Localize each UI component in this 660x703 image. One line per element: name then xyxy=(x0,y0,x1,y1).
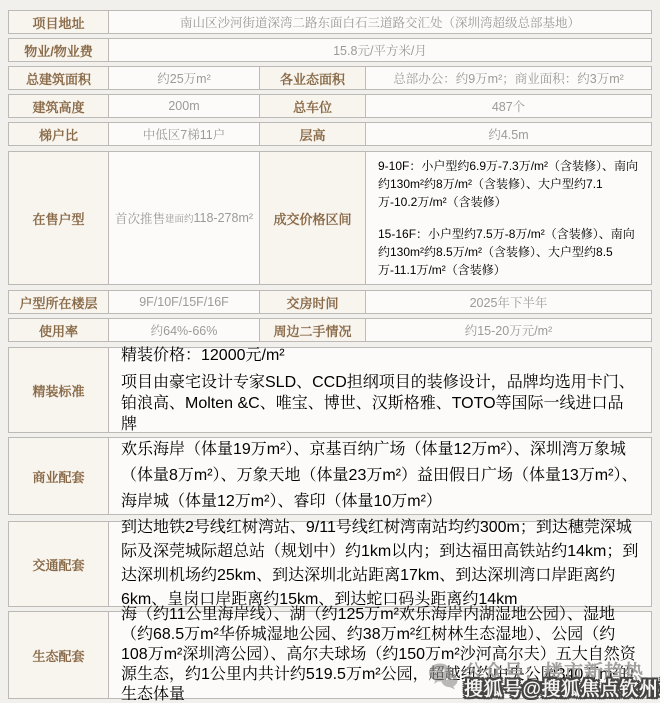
row-label-project-address: 项目地址 xyxy=(9,11,109,33)
table-row-height-parking: 建筑高度 200m 总车位 487个 xyxy=(8,94,652,118)
property-info-table: 项目地址 南山区沙河街道深湾二路东面白石三道路交汇处（深圳湾超级总部基地） 物业… xyxy=(8,10,652,703)
decoration-brands: 项目由豪宅设计专家SLD、CCD担纲项目的装修设计，品牌均选用卡门、铂浪高、Mo… xyxy=(121,372,639,435)
row-label-property-fee: 物业/物业费 xyxy=(9,39,109,61)
commercial-facilities-text: 欢乐海岸（体量19万m²）、京基百纳广场（体量12万m²）、深圳湾万象城（体量8… xyxy=(121,437,639,515)
format-area-value: 总部办公：约9万m²；商业面积：约3万m² xyxy=(366,67,651,89)
parking-total-value: 487个 xyxy=(366,95,651,117)
units-value-main: 首次推售 xyxy=(115,209,165,227)
table-row-building-area: 总建筑面积 约25万m² 各业态面积 总部办公：约9万m²；商业面积：约3万m² xyxy=(8,66,652,90)
row-label-parking-total: 总车位 xyxy=(259,95,366,117)
table-row-transport-facilities: 交通配套 到达地铁2号线红树湾站、9/11号线红树湾南站均约300m；到达穗莞深… xyxy=(8,521,652,607)
transport-facilities-value: 到达地铁2号线红树湾站、9/11号线红树湾南站均约300m；到达穗莞深城际及深莞… xyxy=(109,522,651,606)
row-label-unit-floors: 户型所在楼层 xyxy=(9,291,109,313)
decoration-standard-value: 精装价格：12000元/m² 项目由豪宅设计专家SLD、CCD担纲项目的装修设计… xyxy=(109,348,651,432)
usage-rate-value: 约64%-66% xyxy=(109,319,259,341)
table-row-property-fee: 物业/物业费 15.8元/平方米/月 xyxy=(8,38,652,62)
delivery-time-value: 2025年下半年 xyxy=(366,291,651,313)
property-fee-value: 15.8元/平方米/月 xyxy=(109,39,651,61)
row-label-total-area: 总建筑面积 xyxy=(9,67,109,89)
row-label-format-area: 各业态面积 xyxy=(259,67,366,89)
commercial-facilities-value: 欢乐海岸（体量19万m²）、京基百纳广场（体量12万m²）、深圳湾万象城（体量8… xyxy=(109,438,651,514)
row-label-building-height: 建筑高度 xyxy=(9,95,109,117)
row-label-commercial: 商业配套 xyxy=(9,438,109,514)
secondhand-value: 约15-20万元/m² xyxy=(366,319,651,341)
row-label-elevator-ratio: 梯户比 xyxy=(9,123,109,145)
units-on-sale-value: 首次推售建面约118-278m² xyxy=(109,152,259,284)
project-address-value: 南山区沙河街道深湾二路东面白石三道路交汇处（深圳湾超级总部基地） xyxy=(109,11,651,33)
table-row-decoration-standard: 精装标准 精装价格：12000元/m² 项目由豪宅设计专家SLD、CCD担纲项目… xyxy=(8,347,652,433)
row-label-usage-rate: 使用率 xyxy=(9,319,109,341)
price-range-paragraph-2: 15-16F：小户型约7.5万-8万/m²（含装修）、南向约130m²约8.5万… xyxy=(378,225,639,279)
units-value-smallnote: 建面约 xyxy=(165,211,194,225)
unit-floors-value: 9F/10F/15F/16F xyxy=(109,291,259,313)
elevator-ratio-value: 中低区7梯11户 xyxy=(109,123,259,145)
row-label-decoration-standard: 精装标准 xyxy=(9,348,109,432)
table-row-units-prices: 在售户型 首次推售建面约118-278m² 成交价格区间 9-10F：小户型约6… xyxy=(8,151,652,285)
row-label-secondhand: 周边二手情况 xyxy=(259,319,366,341)
wechat-icon xyxy=(428,662,458,695)
units-value-range: 118-278m² xyxy=(194,211,254,225)
transport-facilities-text: 到达地铁2号线红树湾站、9/11号线红树湾南站均约300m；到达穗莞深城际及深莞… xyxy=(121,516,639,612)
table-row-project-address: 项目地址 南山区沙河街道深湾二路东面白石三道路交汇处（深圳湾超级总部基地） xyxy=(8,10,652,34)
table-row-usage-secondhand: 使用率 约64%-66% 周边二手情况 约15-20万元/m² xyxy=(8,318,652,342)
row-label-transport: 交通配套 xyxy=(9,522,109,606)
row-label-ecology: 生态配套 xyxy=(9,612,109,698)
row-label-price-range: 成交价格区间 xyxy=(259,152,366,284)
row-label-delivery-time: 交房时间 xyxy=(259,291,366,313)
row-label-units-on-sale: 在售户型 xyxy=(9,152,109,284)
table-row-floors-delivery: 户型所在楼层 9F/10F/15F/16F 交房时间 2025年下半年 xyxy=(8,290,652,314)
floor-height-value: 约4.5m xyxy=(366,123,651,145)
decoration-price: 精装价格：12000元/m² xyxy=(121,345,639,366)
total-area-value: 约25万m² xyxy=(109,67,259,89)
price-range-paragraph-1: 9-10F：小户型约6.9万-7.3万/m²（含装修）、南向约130m²约8万/… xyxy=(378,157,639,211)
price-range-value: 9-10F：小户型约6.9万-7.3万/m²（含装修）、南向约130m²约8万/… xyxy=(366,152,651,284)
sohu-account-watermark: 搜狐号@搜狐焦点钦州站 xyxy=(464,674,660,701)
building-height-value: 200m xyxy=(109,95,259,117)
row-label-floor-height: 层高 xyxy=(259,123,366,145)
table-row-commercial-facilities: 商业配套 欢乐海岸（体量19万m²）、京基百纳广场（体量12万m²）、深圳湾万象… xyxy=(8,437,652,515)
table-row-elevator-floorheight: 梯户比 中低区7梯11户 层高 约4.5m xyxy=(8,122,652,146)
